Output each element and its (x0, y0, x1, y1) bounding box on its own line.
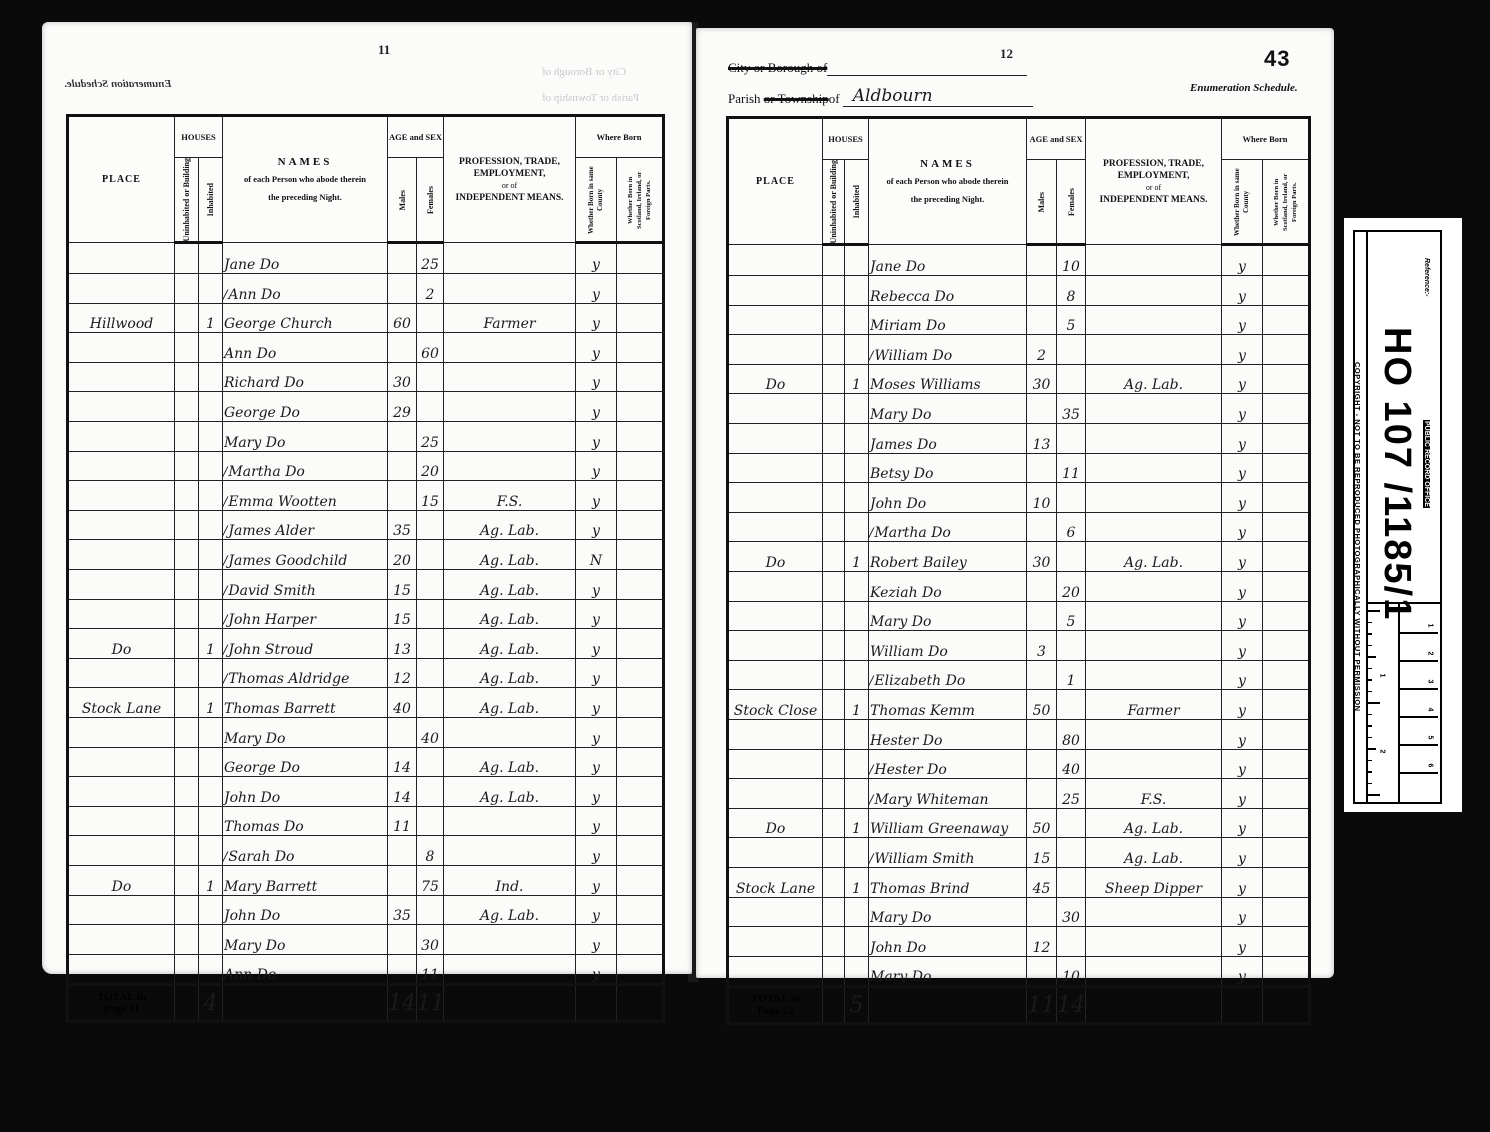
record-office-label: PUBLIC RECORD OFFICE (1423, 420, 1430, 508)
cm-line (1400, 716, 1438, 718)
female-age-cell: 25 (417, 422, 444, 452)
male-age-cell (1027, 897, 1057, 927)
inhabited-cell (845, 927, 869, 957)
table-row: George Do29y (68, 392, 664, 422)
place-cell (68, 392, 175, 422)
place-cell: Stock Lane (68, 688, 175, 718)
census-table: PLACE HOUSES NAMES of each Person who ab… (66, 114, 665, 1023)
female-age-cell: 8 (1057, 276, 1086, 306)
male-age-cell: 12 (1027, 927, 1057, 957)
male-age-cell (388, 836, 417, 866)
ruler-tick (1366, 771, 1372, 773)
page-number: 11 (378, 42, 390, 58)
female-age-cell: 30 (1057, 897, 1086, 927)
born-abroad-label: Whether Born in Scotland, Ireland, or Fo… (626, 165, 653, 235)
name-cell: Mary Do (869, 601, 1027, 631)
place-cell (68, 747, 175, 777)
name-cell: Keziah Do (869, 571, 1027, 601)
total-row: TOTAL inPage 1141411 (68, 985, 664, 1022)
male-age-cell: 35 (388, 895, 417, 925)
female-age-cell: 75 (417, 865, 444, 895)
profession-cell (1086, 305, 1222, 335)
inhabited-cell (845, 424, 869, 454)
born-county-cell: y (576, 451, 617, 481)
name-cell: George Church (223, 303, 388, 333)
profession-cell (1086, 424, 1222, 454)
inhabited-cell (199, 777, 223, 807)
tick-mark: / (869, 349, 873, 364)
place-cell (68, 243, 175, 274)
uninhabited-cell (823, 483, 845, 513)
female-age-cell (417, 658, 444, 688)
parish-line: Parish or Townshipof Aldbourn (728, 86, 1033, 107)
born-abroad-cell (1263, 364, 1310, 394)
left-page: 11 Enumeration Schedule. City or Borough… (42, 22, 692, 974)
place-cell (728, 601, 823, 631)
born-abroad-cell (1263, 660, 1310, 690)
col-where-born: Where Born (1222, 118, 1310, 160)
tick-mark: / (869, 852, 873, 867)
uninhabited-cell (823, 424, 845, 454)
place-cell (68, 481, 175, 511)
born-county-cell: y (576, 806, 617, 836)
place-cell (728, 838, 823, 868)
uninhabited-label: Uninhabited or Building (829, 160, 838, 243)
inhabited-cell (199, 717, 223, 747)
female-age-cell (417, 303, 444, 333)
uninhabited-cell (823, 364, 845, 394)
place-cell (68, 954, 175, 985)
name-cell: George Do (223, 747, 388, 777)
col-age-sex: AGE and SEX (388, 116, 444, 158)
profession-cell (444, 451, 576, 481)
female-age-cell: 20 (1057, 571, 1086, 601)
born-abroad-cell (617, 806, 664, 836)
born-county-cell: y (1222, 542, 1263, 572)
place-cell (68, 717, 175, 747)
male-age-cell: 40 (388, 688, 417, 718)
total-profession (444, 985, 576, 1022)
total-males: 14 (388, 985, 417, 1022)
profession-cell: Ag. Lab. (1086, 838, 1222, 868)
table-row: Keziah Do20y (728, 571, 1310, 601)
profession-cell (444, 274, 576, 304)
cm-line (1400, 660, 1438, 662)
female-age-cell: 80 (1057, 719, 1086, 749)
inhabited-cell (199, 806, 223, 836)
table-row: George Do14Ag. Lab.y (68, 747, 664, 777)
name-cell: Richard Do (223, 362, 388, 392)
person-name: Miriam Do (870, 318, 946, 334)
table-row: Jane Do10y (728, 245, 1310, 276)
born-abroad-cell (617, 243, 664, 274)
person-name: Thomas Do (224, 819, 304, 835)
female-age-cell (1057, 364, 1086, 394)
person-name: Mary Do (870, 910, 931, 926)
females-label: Females (426, 186, 435, 214)
born-abroad-cell (1263, 897, 1310, 927)
male-age-cell: 11 (388, 806, 417, 836)
table-row: /William Do2y (728, 335, 1310, 365)
person-name: Elizabeth Do (874, 673, 965, 689)
male-age-cell: 15 (388, 569, 417, 599)
struck-city-label: City or Borough of (728, 60, 827, 75)
name-cell: /Thomas Aldridge (223, 658, 388, 688)
name-cell: /John Harper (223, 599, 388, 629)
person-name: Moses Williams (870, 377, 981, 393)
profession-cell (1086, 512, 1222, 542)
tick-mark: / (223, 554, 227, 569)
name-cell: /James Alder (223, 510, 388, 540)
bleed-through-city: City or Borough of (542, 66, 626, 78)
female-age-cell (417, 392, 444, 422)
name-cell: Rebecca Do (869, 276, 1027, 306)
female-age-cell (417, 747, 444, 777)
name-cell: Mary Do (869, 956, 1027, 987)
person-name: Rebecca Do (870, 289, 954, 305)
uninhabited-cell (823, 719, 845, 749)
person-name: James Do (870, 437, 937, 453)
place-cell (728, 631, 823, 661)
person-name: Jane Do (224, 257, 279, 273)
born-county-cell: y (576, 392, 617, 422)
place-cell (728, 749, 823, 779)
uninhabited-cell (175, 243, 199, 274)
tick-mark: / (223, 495, 227, 510)
profession-cell (444, 954, 576, 985)
uninhabited-cell (823, 394, 845, 424)
of-label: of (829, 91, 840, 106)
born-county-cell: y (1222, 660, 1263, 690)
uninhabited-cell (175, 865, 199, 895)
place-cell (728, 779, 823, 809)
table-row: Mary Do30y (68, 925, 664, 955)
person-name: William Do (874, 348, 952, 364)
inhabited-cell (199, 599, 223, 629)
inhabited-cell: 1 (845, 690, 869, 720)
male-age-cell: 60 (388, 303, 417, 333)
cm-mark: 1 (1426, 624, 1433, 628)
inhabited-cell (199, 481, 223, 511)
cm-mark: 5 (1426, 736, 1433, 740)
inhabited-cell (199, 836, 223, 866)
person-name: Betsy Do (870, 466, 933, 482)
table-row: James Do13y (728, 424, 1310, 454)
person-name: John Do (870, 496, 926, 512)
place-cell: Stock Lane (728, 867, 823, 897)
born-abroad-cell (1263, 394, 1310, 424)
male-age-cell: 30 (1027, 542, 1057, 572)
female-age-cell (1057, 838, 1086, 868)
name-cell: /Mary Whiteman (869, 779, 1027, 809)
table-row: Stock Lane1Thomas Barrett40Ag. Lab.y (68, 688, 664, 718)
table-row: /Martha Do20y (68, 451, 664, 481)
person-name: James Alder (228, 523, 314, 539)
born-county-cell: y (1222, 631, 1263, 661)
born-county-cell: y (1222, 601, 1263, 631)
table-row: /Thomas Aldridge12Ag. Lab.y (68, 658, 664, 688)
male-age-cell (1027, 512, 1057, 542)
born-abroad-cell (1263, 779, 1310, 809)
born-abroad-cell (1263, 956, 1310, 987)
uninhabited-cell (175, 717, 199, 747)
born-abroad-cell (617, 747, 664, 777)
born-abroad-cell (1263, 927, 1310, 957)
total-males: 11 (1027, 987, 1057, 1024)
table-row: /William Smith15Ag. Lab.y (728, 838, 1310, 868)
born-abroad-cell (617, 599, 664, 629)
total-females: 11 (417, 985, 444, 1022)
person-name: Mary Do (224, 938, 285, 954)
person-name: Sarah Do (228, 849, 294, 865)
reference-number: HO 107 /1185/1 (1377, 327, 1417, 621)
profession-cell: F.S. (1086, 779, 1222, 809)
born-abroad-cell (617, 303, 664, 333)
table-row: Hillwood1George Church60Farmery (68, 303, 664, 333)
female-age-cell (417, 362, 444, 392)
name-cell: /William Smith (869, 838, 1027, 868)
born-county-cell: y (1222, 394, 1263, 424)
person-name: Robert Bailey (870, 555, 967, 571)
born-abroad-cell (617, 481, 664, 511)
person-name: Mary Do (870, 614, 931, 630)
profession-cell (1086, 927, 1222, 957)
uninhabited-cell (823, 542, 845, 572)
uninhabited-cell (823, 453, 845, 483)
census-table: PLACE HOUSES NAMES of each Person who ab… (726, 116, 1311, 1025)
female-age-cell: 10 (1057, 956, 1086, 987)
name-cell: /James Goodchild (223, 540, 388, 570)
female-age-cell: 11 (1057, 453, 1086, 483)
uninhabited-cell (823, 245, 845, 276)
inhabited-cell (199, 510, 223, 540)
profession-cell (1086, 453, 1222, 483)
tick-mark: / (223, 584, 227, 599)
male-age-cell (388, 243, 417, 274)
name-cell: Mary Do (223, 925, 388, 955)
place-cell (728, 453, 823, 483)
born-county-cell: y (576, 836, 617, 866)
name-cell: Miriam Do (869, 305, 1027, 335)
born-abroad-cell (617, 629, 664, 659)
uninhabited-cell (175, 747, 199, 777)
place-cell (68, 777, 175, 807)
male-age-cell (1027, 660, 1057, 690)
name-cell: George Do (223, 392, 388, 422)
male-age-cell: 12 (388, 658, 417, 688)
inhabited-cell (845, 897, 869, 927)
born-abroad-cell (617, 451, 664, 481)
col-uninhabited: Uninhabited or Building (175, 158, 199, 243)
inhabited-cell (199, 422, 223, 452)
ruler-tick (1366, 737, 1372, 739)
person-name: Hester Do (870, 733, 942, 749)
female-age-cell: 2 (417, 274, 444, 304)
ruler-tick (1366, 725, 1372, 727)
table-row: Miriam Do5y (728, 305, 1310, 335)
born-abroad-cell (617, 836, 664, 866)
cm-mark: 3 (1426, 680, 1433, 684)
bleed-through-header: Enumeration Schedule. (64, 78, 172, 90)
person-name: Thomas Aldridge (228, 671, 349, 687)
profession-cell: Ag. Lab. (444, 599, 576, 629)
female-age-cell (417, 569, 444, 599)
uninhabited-cell (175, 925, 199, 955)
born-county-cell: y (576, 747, 617, 777)
born-county-cell: y (576, 688, 617, 718)
born-county-cell: y (1222, 808, 1263, 838)
profession-cell: Ag. Lab. (1086, 808, 1222, 838)
folio-number: 43 (1264, 46, 1290, 72)
uninhabited-cell (823, 956, 845, 987)
inhabited-cell: 1 (845, 867, 869, 897)
place-cell (728, 245, 823, 276)
table-row: Richard Do30y (68, 362, 664, 392)
name-cell: /Elizabeth Do (869, 660, 1027, 690)
born-county-cell: y (1222, 690, 1263, 720)
tick-mark: / (223, 288, 227, 303)
person-name: John Do (224, 908, 280, 924)
names-sub-1: of each Person who abode therein (223, 168, 387, 190)
total-uninhabited (175, 985, 199, 1022)
profession-cell: Farmer (444, 303, 576, 333)
person-name: James Goodchild (228, 553, 347, 569)
total-profession (1086, 987, 1222, 1024)
person-name: Mary Whiteman (874, 792, 988, 808)
uninhabited-cell (175, 392, 199, 422)
born-abroad-cell (617, 717, 664, 747)
name-cell: John Do (869, 483, 1027, 513)
prof-line-3: or of (444, 180, 575, 192)
person-name: Mary Do (870, 969, 931, 985)
profession-cell: Ag. Lab. (1086, 364, 1222, 394)
ruler-tick (1366, 645, 1372, 647)
born-county-cell: y (1222, 779, 1263, 809)
person-name: Jane Do (870, 259, 925, 275)
born-abroad-cell (1263, 808, 1310, 838)
born-county-cell: y (1222, 245, 1263, 276)
place-cell (68, 510, 175, 540)
ruler-tick (1366, 610, 1380, 612)
female-age-cell (1057, 690, 1086, 720)
born-abroad-cell (1263, 245, 1310, 276)
born-county-cell: y (576, 422, 617, 452)
born-abroad-cell (1263, 631, 1310, 661)
born-abroad-label: Whether Born in Scotland, Ireland, or Fo… (1272, 167, 1299, 237)
table-row: Stock Lane1Thomas Brind45Sheep Dippery (728, 867, 1310, 897)
born-county-cell: y (1222, 838, 1263, 868)
cm-line (1400, 772, 1438, 774)
born-abroad-cell (617, 925, 664, 955)
person-name: Martha Do (874, 525, 950, 541)
male-age-cell: 15 (1027, 838, 1057, 868)
born-county-cell: y (576, 717, 617, 747)
inch-mark: 1 (1378, 674, 1385, 678)
inch-scale: 12 (1366, 604, 1400, 804)
name-cell: Jane Do (223, 243, 388, 274)
uninhabited-cell (823, 867, 845, 897)
born-abroad-cell (1263, 542, 1310, 572)
profession-cell: Ag. Lab. (444, 658, 576, 688)
inch-mark: 2 (1378, 750, 1385, 754)
uninhabited-cell (175, 422, 199, 452)
female-age-cell: 5 (1057, 601, 1086, 631)
person-name: George Do (224, 760, 300, 776)
tick-mark: / (869, 763, 873, 778)
inhabited-cell (845, 335, 869, 365)
place-cell (68, 569, 175, 599)
born-county-cell: N (576, 540, 617, 570)
uninhabited-cell (175, 599, 199, 629)
inhabited-cell: 1 (199, 865, 223, 895)
prof-line-2: EMPLOYMENT, (444, 168, 575, 180)
person-name: Mary Do (870, 407, 931, 423)
born-county-cell: y (1222, 749, 1263, 779)
uninhabited-cell (823, 512, 845, 542)
table-row: Rebecca Do8y (728, 276, 1310, 306)
prof-line-4: INDEPENDENT MEANS. (444, 192, 575, 204)
place-cell (728, 956, 823, 987)
born-abroad-cell (617, 865, 664, 895)
inhabited-cell: 1 (199, 629, 223, 659)
table-row: /James Alder35Ag. Lab.y (68, 510, 664, 540)
table-row: Mary Do10y (728, 956, 1310, 987)
person-name: William Greenaway (870, 821, 1008, 837)
place-cell (728, 394, 823, 424)
born-abroad-cell (617, 510, 664, 540)
female-age-cell: 35 (1057, 394, 1086, 424)
female-age-cell: 40 (1057, 749, 1086, 779)
table-row: /Mary Whiteman25F.S.y (728, 779, 1310, 809)
table-row: /Ann Do2y (68, 274, 664, 304)
born-county-cell: y (576, 954, 617, 985)
table-row: Do1Mary Barrett75Ind.y (68, 865, 664, 895)
inhabited-cell: 1 (199, 688, 223, 718)
male-age-cell (1027, 453, 1057, 483)
female-age-cell (1057, 483, 1086, 513)
table-row: Jane Do25y (68, 243, 664, 274)
col-place: PLACE (728, 118, 823, 245)
schedule-title: Enumeration Schedule. (1190, 82, 1298, 94)
tick-mark: / (223, 465, 227, 480)
inhabited-cell (199, 333, 223, 363)
uninhabited-cell (823, 927, 845, 957)
male-age-cell (1027, 276, 1057, 306)
profession-cell (444, 362, 576, 392)
names-sub-1: of each Person who abode therein (869, 170, 1026, 192)
col-names: NAMES of each Person who abode therein t… (223, 116, 388, 243)
female-age-cell (417, 895, 444, 925)
profession-cell (444, 836, 576, 866)
person-name: Ann Do (224, 967, 276, 983)
names-sub-2: the preceding Night. (223, 190, 387, 204)
inhabited-cell (845, 956, 869, 987)
inhabited-cell (845, 512, 869, 542)
place-cell (68, 451, 175, 481)
table-row: /John Harper15Ag. Lab.y (68, 599, 664, 629)
inhabited-cell (199, 658, 223, 688)
female-age-cell: 20 (417, 451, 444, 481)
tick-mark: / (223, 524, 227, 539)
born-county-cell: y (576, 274, 617, 304)
inhabited-cell: 1 (845, 364, 869, 394)
cm-mark: 2 (1426, 652, 1433, 656)
name-cell: /Martha Do (869, 512, 1027, 542)
col-where-born: Where Born (576, 116, 664, 158)
profession-cell: Ag. Lab. (444, 569, 576, 599)
table-row: Mary Do40y (68, 717, 664, 747)
ruler-tick (1366, 633, 1372, 635)
